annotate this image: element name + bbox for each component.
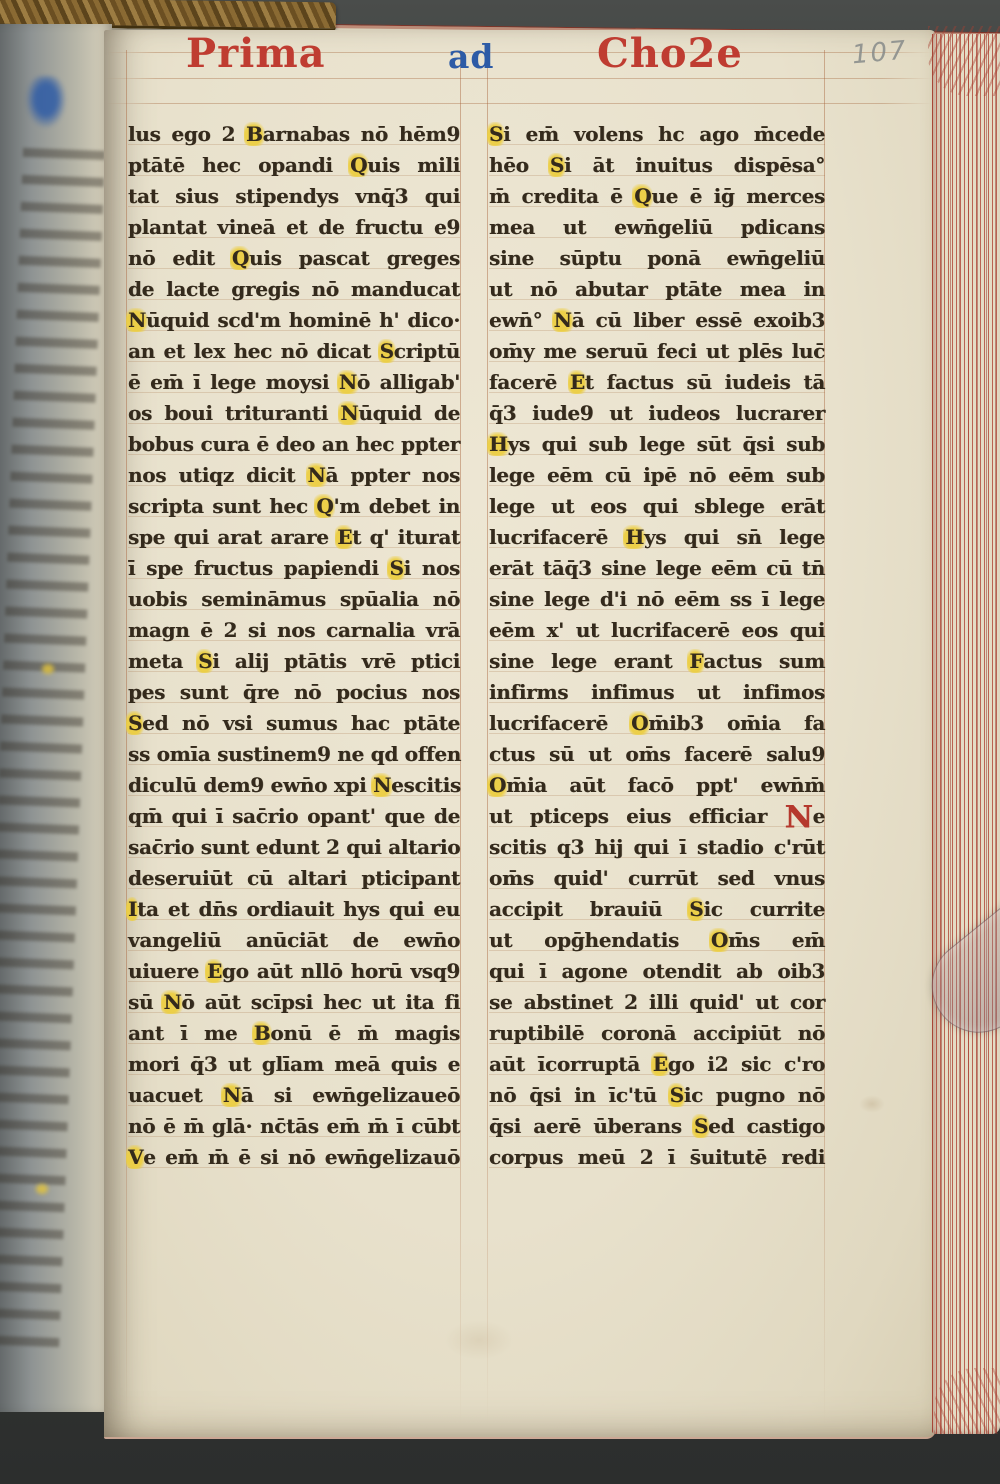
red-initial: N [785,799,813,835]
highlighted-capital: S [126,711,144,735]
ruling-line-vertical [126,50,127,1426]
highlighted-capital: S [378,339,396,363]
text-line: uobis semināmus spūalia nō [128,584,460,615]
text-line: uacuet Nā si ewn̄gelizaueō [128,1080,460,1111]
text-line: infirms infimus ut infimos [489,677,825,708]
highlighted-capital: N [371,773,393,797]
highlighted-capital: O [709,928,730,952]
highlighted-capital: N [338,401,360,425]
text-line: erāt tāq̄3 sine lege eēm cū tn̄ [489,553,825,584]
text-line: lege eēm cū ipē nō eēm sub [489,460,825,491]
highlighted-capital: S [687,897,705,921]
text-line: scitis q3 hij qui ī stadio c'rūt [489,832,825,863]
text-line: ut opḡhendatis Om̄s em̄ [489,925,825,956]
highlighted-capital: B [244,122,265,146]
facing-page-text-blur [0,133,106,1365]
text-line: scripta sunt hec Q'm debet in [128,491,460,522]
highlighted-capital: E [568,370,587,394]
highlighted-capital: N [306,463,328,487]
folio-number: 107 [851,36,909,71]
text-line: ut nō abutar ptāte mea in [489,274,825,305]
gutter-facing-page [0,24,112,1412]
text-line: de lacte gregis nō manducat [128,274,460,305]
text-line: nos utiqz dicit Nā ppter nos [128,460,460,491]
text-line: ant ī me Bonū ē m̄ magis [128,1018,460,1049]
text-line: sine sūptu ponā ewn̄geliū [489,243,825,274]
highlighted-capital: E [651,1052,670,1076]
facing-page-blue-initial [26,76,66,128]
text-line: deseruiūt cū altari pticipant [128,863,460,894]
text-column-right: Si em̄ volens hc ago m̄cedehēo Si āt inu… [489,119,825,1173]
text-column-left: lus ego 2 Barnabas nō hēm9ptātē hec opan… [128,119,460,1173]
text-line: sine lege erant Factus sum [489,646,825,677]
text-line: sine lege d'i nō eēm ss ī lege [489,584,825,615]
text-line: Om̄ia aūt facō ppt' ewn̄m̄ [489,770,825,801]
highlighted-capital: N [126,308,148,332]
highlighted-capital: S [692,1114,710,1138]
text-line: mea ut ewn̄geliū pdicans [489,212,825,243]
text-line: ī spe fructus papiendi Si nos [128,553,460,584]
text-line: an et lex hec nō dicat Scriptū [128,336,460,367]
text-line: sac̄rio sunt edunt 2 qui altario [128,832,460,863]
text-line: ut pticeps eius efficiar Ne [489,801,825,832]
highlighted-capital: H [487,432,510,456]
text-line: aūt īcorruptā Ego i2 sic c'ro [489,1049,825,1080]
ruling-line-vertical [487,50,488,1426]
parchment-stain [444,1320,514,1360]
fore-edge-pages [932,34,1000,1434]
highlighted-capital: S [548,153,566,177]
text-line: Si em̄ volens hc ago m̄cede [489,119,825,150]
highlighted-capital: N [161,990,183,1014]
highlighted-capital: H [623,525,646,549]
text-line: lege ut eos qui sblege erāt [489,491,825,522]
text-line: Hys qui sub lege sūt q̄si sub [489,429,825,460]
text-line: ē em̄ ī lege moysi Nō alligab' [128,367,460,398]
highlighted-capital: Q [632,184,653,208]
text-line: hēo Si āt inuitus dispēsa° [489,150,825,181]
highlighted-capital: N [337,370,359,394]
text-line: plantat vineā et de fructu e9 [128,212,460,243]
highlighted-capital: E [205,959,224,983]
highlighted-capital: Q [348,153,369,177]
highlighted-capital: N [552,308,574,332]
highlighted-capital: O [629,711,650,735]
text-line: qui ī agone otendit ab oib3 [489,956,825,987]
text-line: tat sius stipendys vnq̄3 qui [128,181,460,212]
highlighted-capital: S [668,1083,686,1107]
text-line: meta Si alij ptātis vrē ptici [128,646,460,677]
text-line: bobus cura ē deo an hec ppter [128,429,460,460]
text-line: nō edit Quis pascat greges [128,243,460,274]
text-line: lus ego 2 Barnabas nō hēm9 [128,119,460,150]
highlighted-capital: O [487,773,508,797]
text-line: ewn̄° Nā cū liber essē exoib3 [489,305,825,336]
parchment-stain [859,1095,885,1113]
text-line: om̄y me seruū feci ut plēs luc̄ [489,336,825,367]
highlighted-capital: Q [314,494,335,518]
text-line: sū Nō aūt scīpsi hec ut ita fi [128,987,460,1018]
text-line: nō ē m̄ glā· nc̄tās em̄ m̄ ī cūbt [128,1111,460,1142]
highlighted-capital: S [387,556,405,580]
text-line: nō q̄si in īc'tū Sic pugno nō [489,1080,825,1111]
text-line: lucrifacerē Hys qui sn̄ lege [489,522,825,553]
text-line: pes sunt q̄re nō pocius nos [128,677,460,708]
text-line: q̄si aerē ūberans Sed castigo [489,1111,825,1142]
highlighted-capital: S [487,122,505,146]
ruling-line-horizontal [106,78,932,79]
text-line: q̄3 iude9 ut iudeos lucrarer [489,398,825,429]
text-line: vangeliū anūciāt de ewn̄o [128,925,460,956]
text-line: om̄s quid' currūt sed vnus [489,863,825,894]
ruling-line-horizontal [106,103,932,104]
text-line: accipit brauiū Sic currite [489,894,825,925]
text-line: qm̄ qui ī sac̄rio opant' que de [128,801,460,832]
facing-page-yellow-capital [42,664,54,674]
highlighted-capital: F [687,649,705,673]
text-line: corpus meū 2 ī s̄uitutē redi [489,1142,825,1173]
highlighted-capital: B [252,1021,273,1045]
running-header-center: ad [448,37,494,76]
text-line: eēm x' ut lucrifacerē eos qui [489,615,825,646]
text-line: se abstinet 2 illi quid' ut cor [489,987,825,1018]
text-line: Sed nō vsi sumus hac ptāte [128,708,460,739]
text-line: Nūquid scd'm hominē h' dico· [128,305,460,336]
text-line: uiuere Ego aūt nllō horū vsq9 [128,956,460,987]
text-line: m̄ credita ē Que ē iḡ merces [489,181,825,212]
highlighted-capital: E [335,525,354,549]
running-header-right: Cho2e [597,30,743,77]
text-line: ruptibilē coronā accipiūt nō [489,1018,825,1049]
text-line: os boui trituranti Nūquid de [128,398,460,429]
text-line: lucrifacerē Om̄ib3 om̄ia fa [489,708,825,739]
highlighted-capital: N [221,1083,243,1107]
text-line: ctus sū ut om̄s facerē salu9 [489,739,825,770]
highlighted-capital: S [196,649,214,673]
facing-page-yellow-capital [36,1184,48,1194]
highlighted-capital: Q [230,246,251,270]
text-line: diculū dem9 ewn̄o xpi Nescitis [128,770,460,801]
text-line: facerē Et factus sū iudeis tā [489,367,825,398]
text-line: mori q̄3 ut glīam meā quis e [128,1049,460,1080]
running-header-left: Prima [186,30,326,77]
text-line: magn ē 2 si nos carnalia vrā [128,615,460,646]
text-line: ss omīa sustinem9 ne qd offen [128,739,460,770]
text-line: Ve em̄ m̄ ē si nō ewn̄gelizauō [128,1142,460,1173]
ruling-line-vertical [460,50,461,1426]
highlighted-capital: V [126,1145,145,1169]
highlighted-capital: I [126,897,139,921]
text-line: spe qui arat arare Et q' iturat [128,522,460,553]
text-line: ptātē hec opandi Quis mili [128,150,460,181]
text-line: Ita et dn̄s ordiauit hys qui eu [128,894,460,925]
